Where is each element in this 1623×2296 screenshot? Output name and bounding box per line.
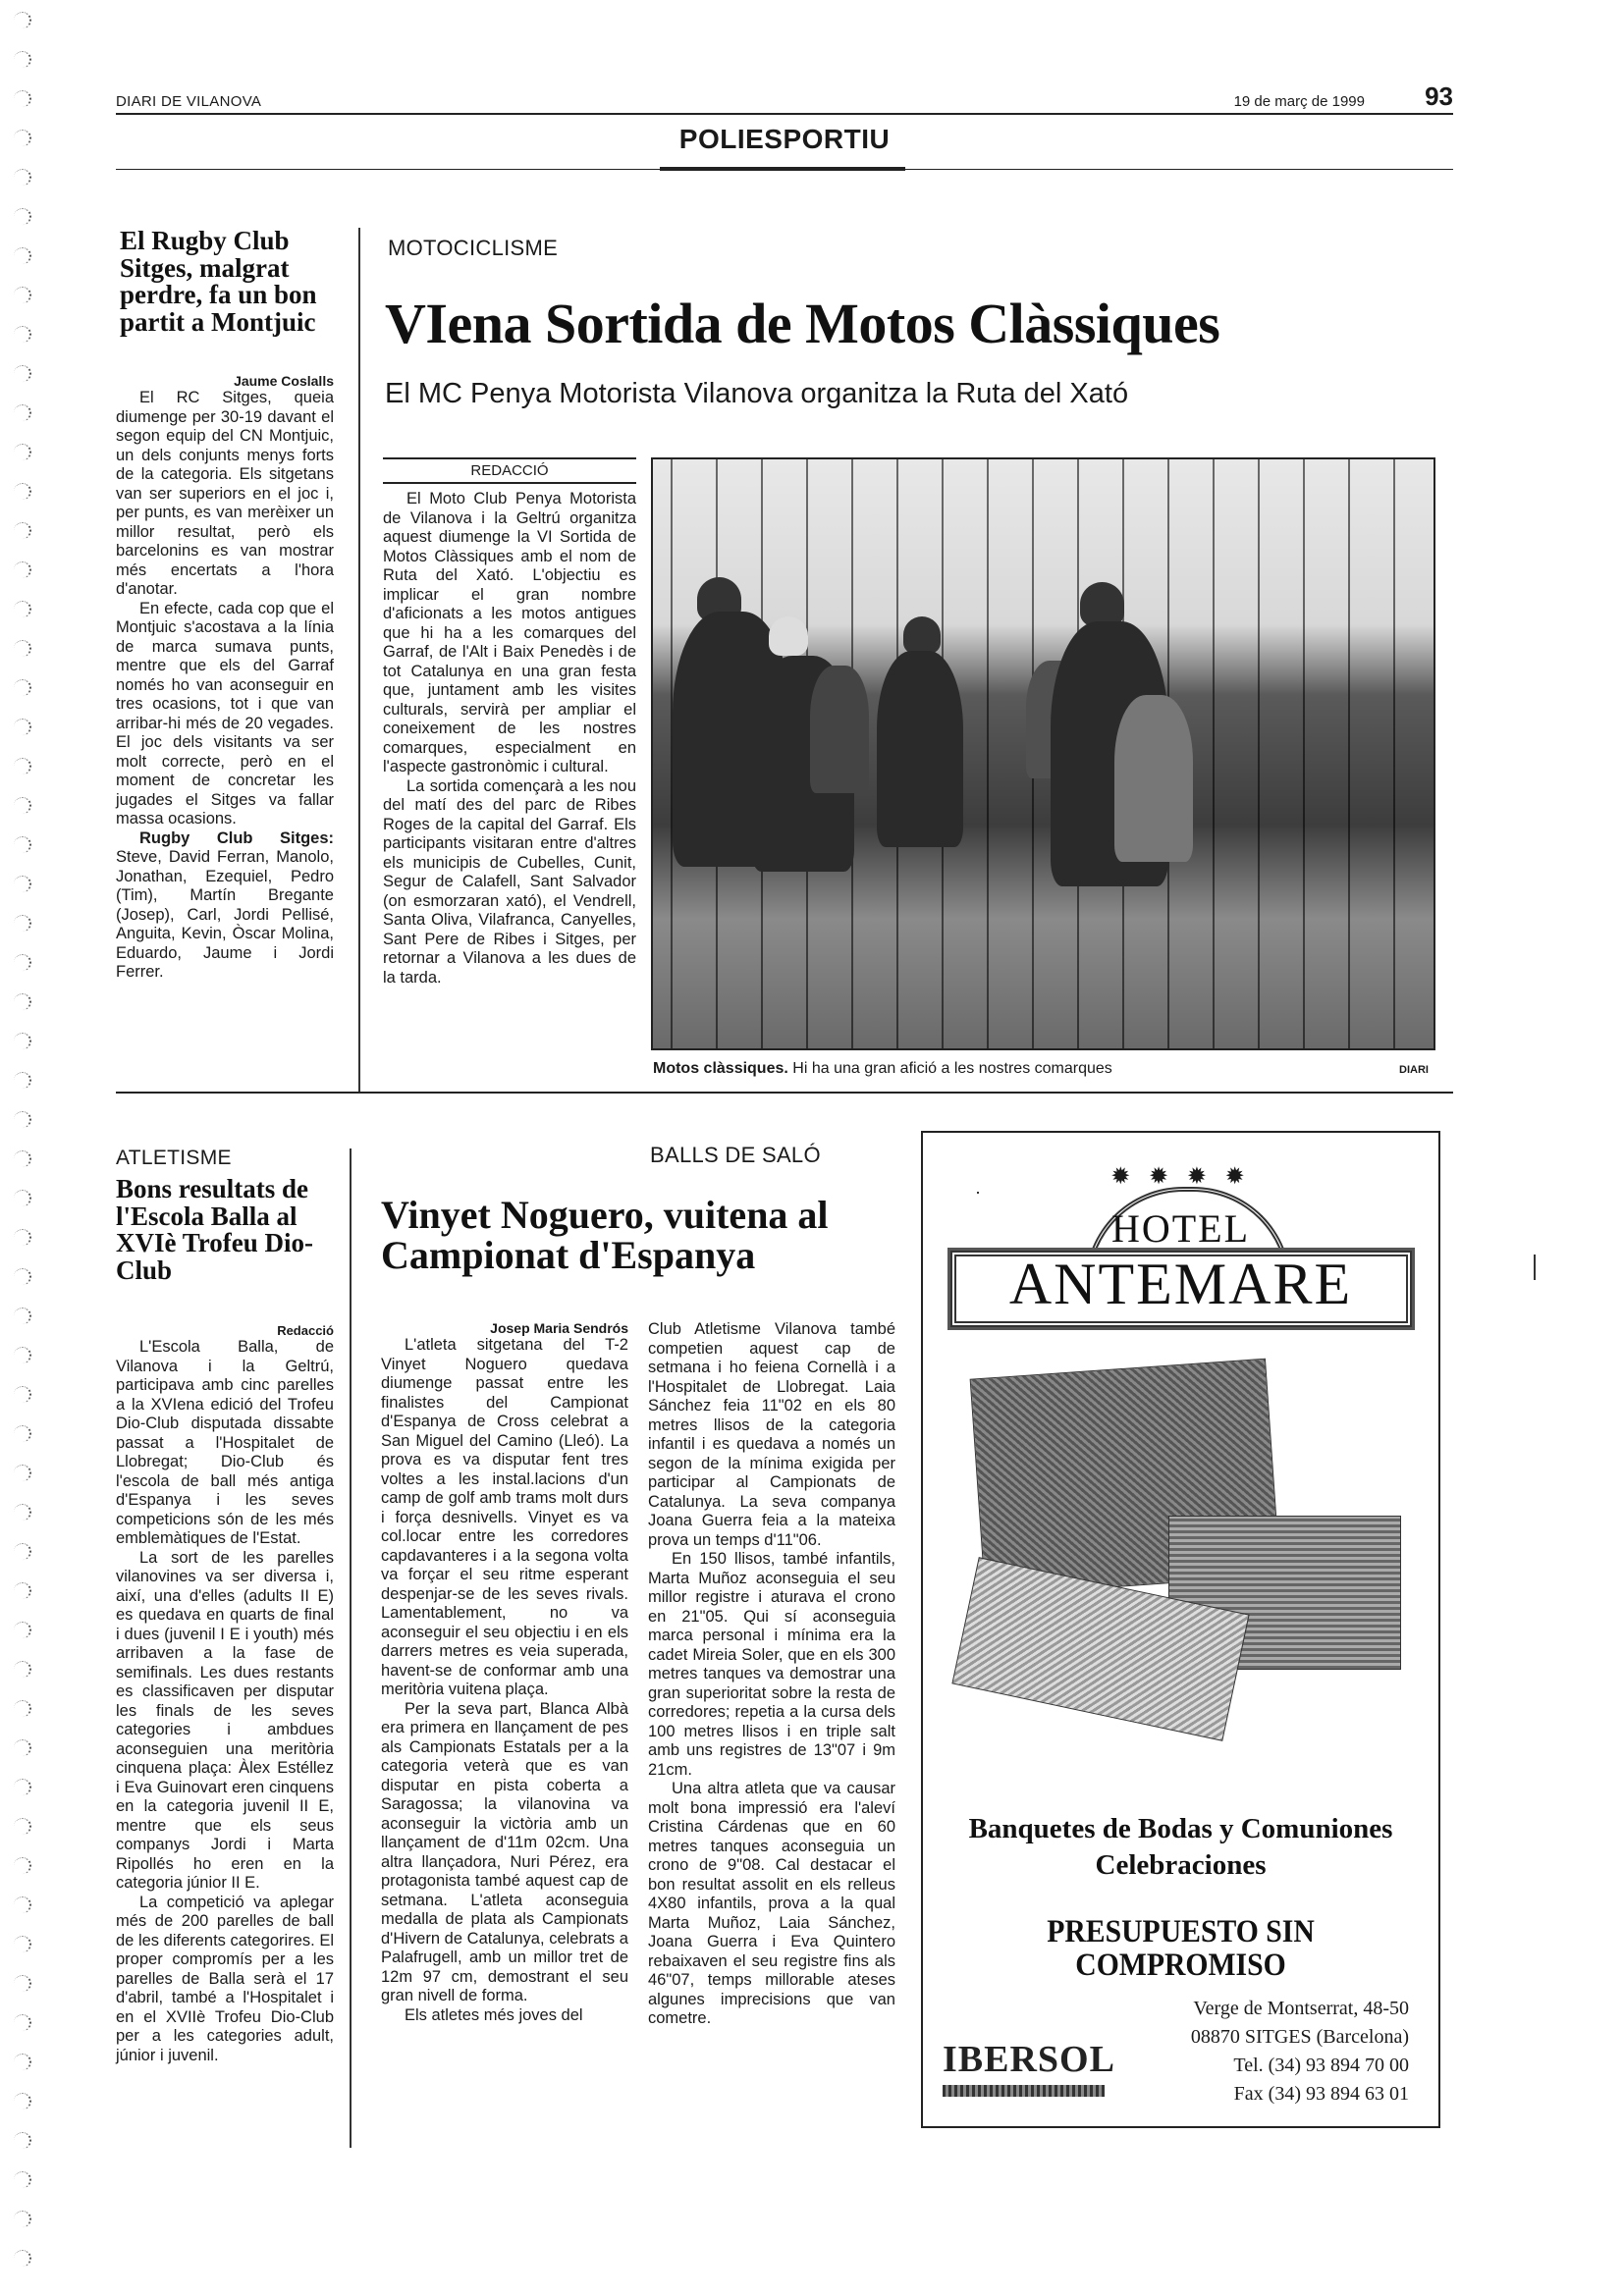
binding-hole-icon bbox=[14, 1818, 31, 1835]
rider bbox=[877, 651, 963, 847]
rider bbox=[903, 616, 941, 654]
binding-hole-icon bbox=[14, 1072, 31, 1089]
vinyet-col1: Josep Maria Sendrós L'atleta sitgetana d… bbox=[381, 1320, 628, 2025]
binding-hole-icon bbox=[14, 1896, 31, 1913]
binding-hole-icon bbox=[14, 1150, 31, 1167]
motos-paragraph: El Moto Club Penya Motorista de Vilanova… bbox=[383, 490, 636, 777]
binding-hole-icon bbox=[14, 1190, 31, 1206]
rugby-article: El Rugby Club Sitges, malgrat perdre, fa… bbox=[116, 228, 334, 983]
lineup-label: Rugby Club Sitges: bbox=[139, 829, 334, 847]
binding-hole-icon bbox=[14, 797, 31, 814]
vinyet-paragraph: Els atletes més joves del bbox=[381, 2006, 628, 2026]
binding-hole-icon bbox=[14, 758, 31, 774]
balla-paragraph: La sort de les parelles vilanovines va s… bbox=[116, 1549, 334, 1894]
binding-hole-icon bbox=[14, 2211, 31, 2227]
motorcycles-photo bbox=[651, 457, 1435, 1050]
balla-kicker: ATLETISME bbox=[116, 1147, 334, 1170]
vinyet-paragraph: Per la seva part, Blanca Albà era primer… bbox=[381, 1700, 628, 2006]
vinyet-headline: Vinyet Noguero, vuitena al Campionat d'E… bbox=[381, 1196, 852, 1276]
ad-fax: Fax (34) 93 894 63 01 bbox=[1191, 2080, 1409, 2109]
column-divider bbox=[358, 228, 360, 1092]
vinyet-paragraph: L'atleta sitgetana del T-2 Vinyet Noguer… bbox=[381, 1336, 628, 1700]
binding-hole-icon bbox=[14, 1268, 31, 1285]
ad-tel: Tel. (34) 93 894 70 00 bbox=[1191, 2052, 1409, 2080]
binding-hole-icon bbox=[14, 2014, 31, 2031]
issue-date: 19 de març de 1999 bbox=[1234, 93, 1365, 110]
binding-hole-icon bbox=[14, 326, 31, 343]
binding-hole-icon bbox=[14, 1465, 31, 1481]
hotel-label: HOTEL bbox=[923, 1209, 1438, 1250]
binding-hole-icon bbox=[14, 1700, 31, 1717]
section-rule-accent bbox=[660, 167, 905, 171]
binding-hole-icon bbox=[14, 1936, 31, 1952]
binding-hole-icon bbox=[14, 1308, 31, 1324]
binding-hole-icon bbox=[14, 2171, 31, 2188]
rugby-paragraph: El RC Sitges, queia diumenge per 30-19 d… bbox=[116, 389, 334, 600]
binding-hole-icon bbox=[14, 1779, 31, 1795]
binding-hole-icon bbox=[14, 1347, 31, 1363]
ad-contact: Verge de Montserrat, 48-50 08870 SITGES … bbox=[1191, 1995, 1409, 2109]
vinyet-paragraph: Una altra atleta que va causar molt bona… bbox=[648, 1780, 895, 2029]
binding-hole-icon bbox=[14, 2250, 31, 2267]
binding-hole-icon bbox=[14, 208, 31, 225]
binding-hole-icon bbox=[14, 601, 31, 617]
motos-paragraph: La sortida començarà a les nou del matí … bbox=[383, 777, 636, 988]
binding-hole-icon bbox=[14, 719, 31, 735]
binding-hole-icon bbox=[14, 915, 31, 932]
binding-hole-icon bbox=[14, 51, 31, 68]
binding-hole-icon bbox=[14, 1975, 31, 1992]
binding-hole-icon bbox=[14, 1857, 31, 1874]
rugby-headline: El Rugby Club Sitges, malgrat perdre, fa… bbox=[116, 228, 334, 336]
vinyet-byline: Josep Maria Sendrós bbox=[381, 1320, 628, 1336]
vinyet-paragraph: Club Atletisme Vilanova també competien … bbox=[648, 1320, 895, 1550]
binding-hole-icon bbox=[14, 561, 31, 578]
vinyet-kicker: BALLS DE SALÓ bbox=[650, 1143, 821, 1168]
binding-hole-icon bbox=[14, 640, 31, 657]
motos-kicker: MOTOCICLISME bbox=[388, 236, 558, 261]
rider bbox=[1080, 582, 1124, 626]
binding-holes bbox=[0, 0, 39, 2296]
ad-address: Verge de Montserrat, 48-50 bbox=[1191, 1995, 1409, 2023]
story-divider bbox=[116, 1092, 1453, 1094]
masthead-rule bbox=[116, 113, 1453, 115]
binding-hole-icon bbox=[14, 679, 31, 696]
binding-hole-icon bbox=[14, 1622, 31, 1638]
motos-headline: VIena Sortida de Motos Clàssiques bbox=[385, 294, 1219, 352]
binding-hole-icon bbox=[14, 2132, 31, 2149]
binding-hole-icon bbox=[14, 365, 31, 382]
binding-hole-icon bbox=[14, 130, 31, 146]
photo-caption: Motos clàssiques. Hi ha una gran afició … bbox=[653, 1060, 1429, 1078]
binding-hole-icon bbox=[14, 1229, 31, 1246]
binding-hole-icon bbox=[14, 444, 31, 460]
binding-hole-icon bbox=[14, 993, 31, 1010]
binding-hole-icon bbox=[14, 836, 31, 853]
binding-hole-icon bbox=[14, 2054, 31, 2070]
hotel-name: ANTEMARE bbox=[923, 1255, 1438, 1314]
binding-hole-icon bbox=[14, 90, 31, 107]
scan-mark bbox=[1534, 1255, 1536, 1280]
page-number: 93 bbox=[1425, 81, 1453, 112]
ibersol-logo: IBERSOL bbox=[943, 2041, 1115, 2079]
binding-hole-icon bbox=[14, 1739, 31, 1756]
balla-byline: Redacció bbox=[116, 1323, 334, 1338]
photo-credit: DIARI bbox=[1399, 1064, 1429, 1076]
binding-hole-icon bbox=[14, 954, 31, 971]
rider bbox=[810, 666, 869, 793]
masthead: DIARI DE VILANOVA 19 de març de 1999 93 bbox=[116, 90, 1453, 112]
binding-hole-icon bbox=[14, 12, 31, 28]
vinyet-col2: Club Atletisme Vilanova també competien … bbox=[648, 1320, 895, 2029]
binding-hole-icon bbox=[14, 1661, 31, 1678]
ibersol-waves-icon bbox=[943, 2085, 1105, 2097]
motos-byline: REDACCIÓ bbox=[383, 457, 636, 484]
binding-hole-icon bbox=[14, 287, 31, 303]
vinyet-paragraph: En 150 llisos, també infantils, Marta Mu… bbox=[648, 1550, 895, 1780]
balla-paragraph: La competició va aplegar més de 200 pare… bbox=[116, 1894, 334, 2066]
binding-hole-icon bbox=[14, 1543, 31, 1560]
binding-hole-icon bbox=[14, 483, 31, 500]
ad-line-celebrations: Celebraciones bbox=[923, 1851, 1438, 1881]
motos-subheadline: El MC Penya Motorista Vilanova organitza… bbox=[385, 378, 1128, 410]
caption-bold: Motos clàssiques. bbox=[653, 1060, 788, 1077]
binding-hole-icon bbox=[14, 1033, 31, 1049]
ad-line-banquets: Banquetes de Bodas y Comuniones bbox=[923, 1815, 1438, 1844]
binding-hole-icon bbox=[14, 404, 31, 421]
rugby-paragraph: En efecte, cada cop que el Montjuic s'ac… bbox=[116, 600, 334, 829]
binding-hole-icon bbox=[14, 2093, 31, 2109]
binding-hole-icon bbox=[14, 876, 31, 892]
section-title: POLIESPORTIU bbox=[116, 124, 1453, 155]
hotel-advertisement: ✹ ✹ ✹ ✹ HOTEL ANTEMARE Banquetes de Boda… bbox=[921, 1131, 1440, 2128]
ad-city: 08870 SITGES (Barcelona) bbox=[1191, 2023, 1409, 2052]
newspaper-name: DIARI DE VILANOVA bbox=[116, 93, 261, 110]
balla-article: ATLETISME Bons resultats de l'Escola Bal… bbox=[116, 1147, 334, 2065]
rider bbox=[1114, 695, 1193, 862]
rugby-lineup: Rugby Club Sitges: Steve, David Ferran, … bbox=[116, 829, 334, 983]
lineup-names: Steve, David Ferran, Manolo, Jonathan, E… bbox=[116, 848, 334, 981]
ad-line-budget: PRESUPUESTO SIN COMPROMISO bbox=[948, 1916, 1413, 1982]
binding-hole-icon bbox=[14, 169, 31, 186]
binding-hole-icon bbox=[14, 1504, 31, 1521]
balla-paragraph: L'Escola Balla, de Vilanova i la Geltrú,… bbox=[116, 1338, 334, 1549]
binding-hole-icon bbox=[14, 247, 31, 264]
column-divider bbox=[350, 1148, 352, 2148]
binding-hole-icon bbox=[14, 1425, 31, 1442]
caption-text: Hi ha una gran afició a les nostres coma… bbox=[788, 1060, 1112, 1077]
balla-headline: Bons resultats de l'Escola Balla al XVIè… bbox=[116, 1176, 334, 1284]
rugby-byline: Jaume Coslalls bbox=[116, 373, 334, 389]
binding-hole-icon bbox=[14, 1111, 31, 1128]
motos-body: REDACCIÓ El Moto Club Penya Motorista de… bbox=[383, 457, 636, 988]
rider bbox=[769, 616, 808, 656]
binding-hole-icon bbox=[14, 1582, 31, 1599]
binding-hole-icon bbox=[14, 522, 31, 539]
binding-hole-icon bbox=[14, 1386, 31, 1403]
